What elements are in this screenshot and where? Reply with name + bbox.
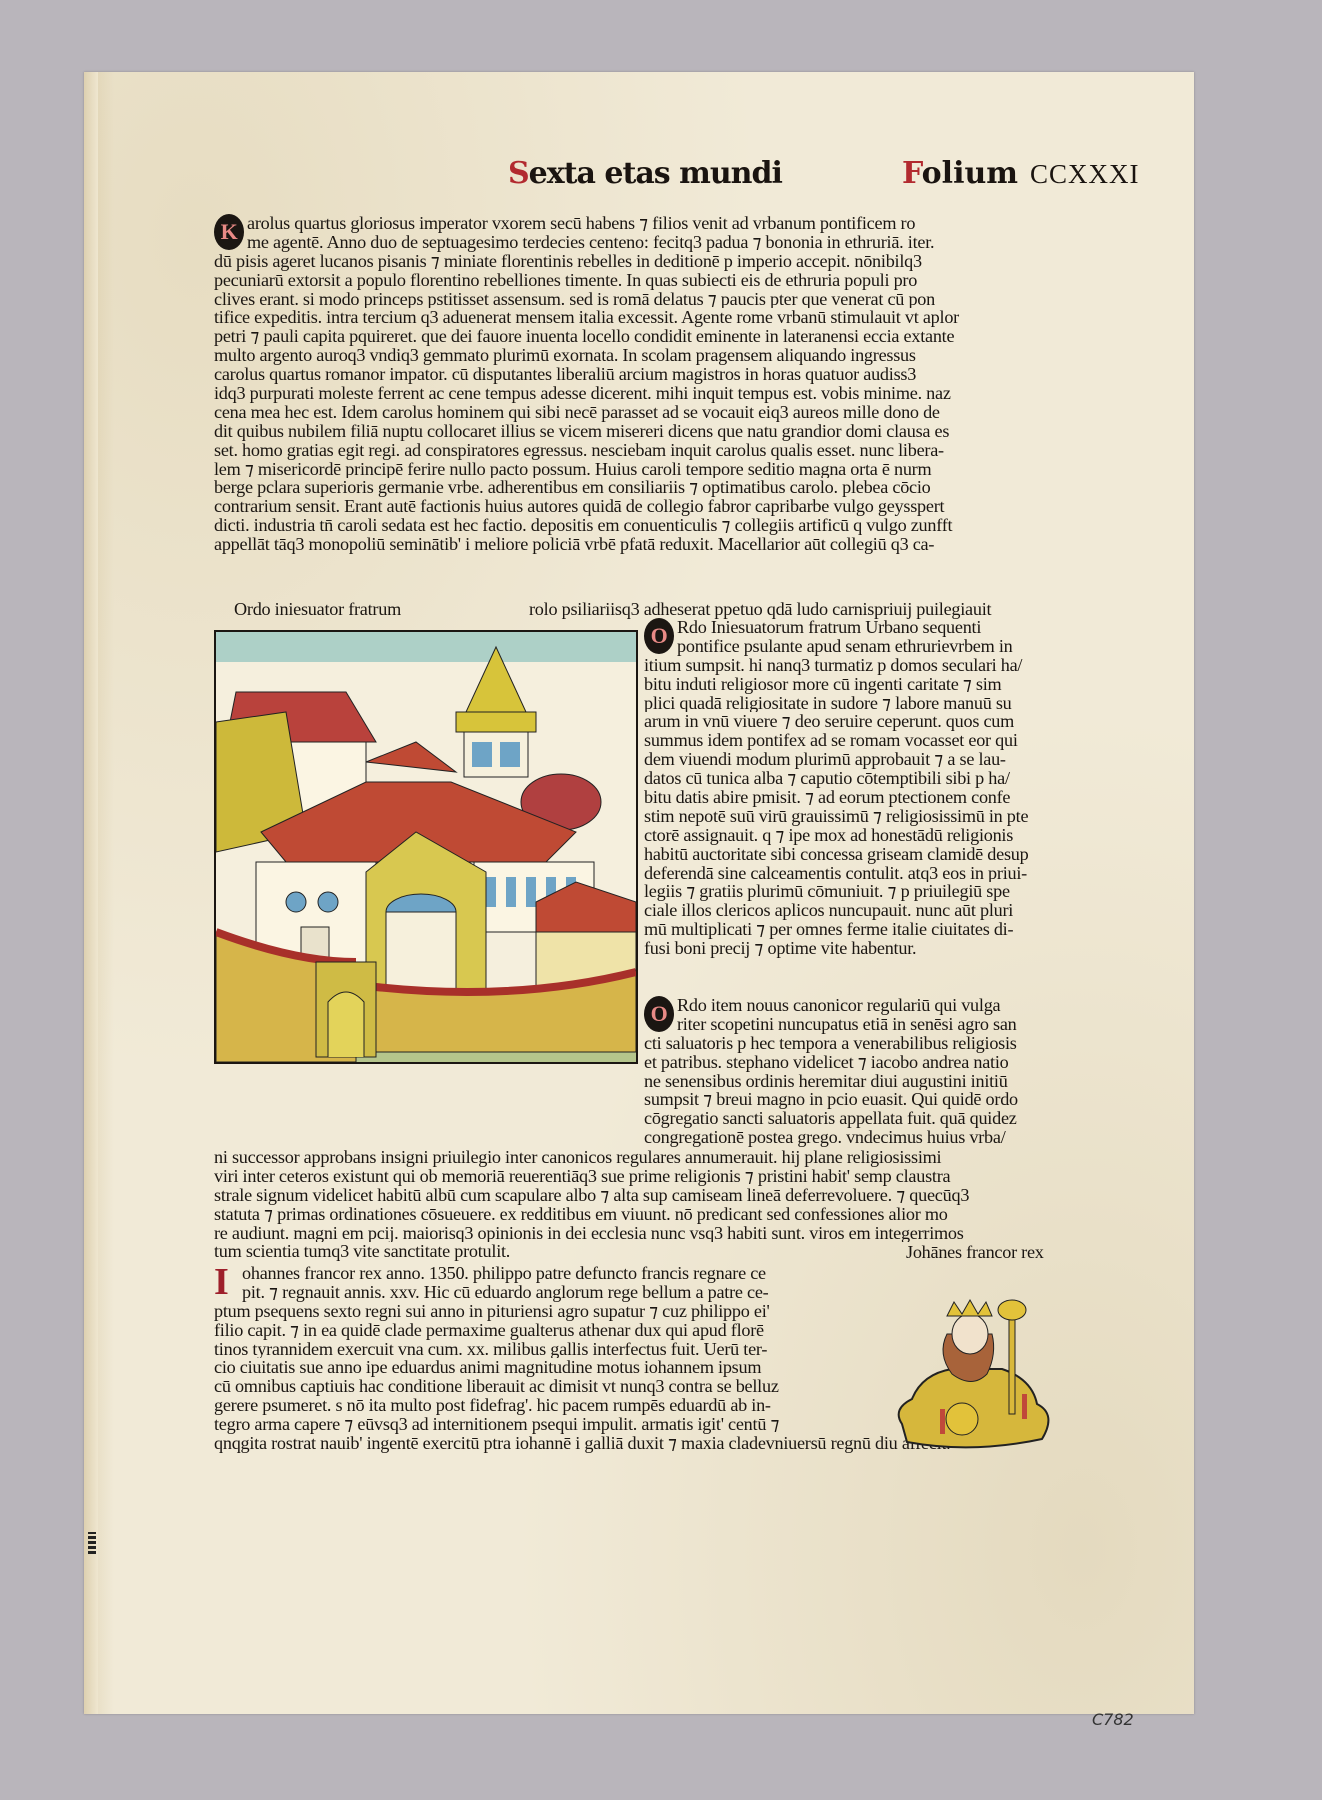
text-line: ni successor approbans insigni priuilegi… xyxy=(214,1148,1164,1167)
text-line: ne senensibus ordinis heremitar diui aug… xyxy=(644,1072,1084,1091)
text-line: viri inter ceteros existunt qui ob memor… xyxy=(214,1167,1164,1186)
text-line: bitu induti religiosor more cū ingenti c… xyxy=(644,675,1084,694)
text-line: dit quibus nubilem filiā nuptu collocare… xyxy=(214,422,1164,441)
text-line: dem viuendi modum plurimū approbauit ⁊ a… xyxy=(644,750,1084,769)
decorated-initial: O xyxy=(644,618,674,654)
text-line: clives erant. si modo princeps pstitisse… xyxy=(214,290,1164,309)
king-portrait-woodcut xyxy=(892,1294,1057,1454)
running-head: Sexta etas mundi FoliumCCXXXI xyxy=(424,154,1174,198)
text-line: datos cū tunica alba ⁊ caputio cōtemptib… xyxy=(644,769,1084,788)
text-line: dicti. industria tn̄ caroli sedata est h… xyxy=(214,516,1164,535)
handwritten-shelfmark: C782 xyxy=(1092,1710,1134,1729)
rubric-initial: F xyxy=(902,156,922,191)
text-line: arolus quartus gloriosus imperator vxore… xyxy=(247,214,1164,233)
text-line: riter scopetini nuncupatus etiā in senēs… xyxy=(677,1015,1084,1034)
text-line: bitu datis abire pmisit. ⁊ ad eorum ptec… xyxy=(644,788,1084,807)
text-line: summus idem pontifex ad se romam vocasse… xyxy=(644,731,1084,750)
text-line: pecuniarū extorsit a populo florentino r… xyxy=(214,271,1164,290)
rubric-initial: I xyxy=(214,1264,238,1300)
text-line: sumpsit ⁊ breui magno in pcio euasit. Qu… xyxy=(644,1090,1084,1109)
paragraph-ordo-canonicorum: O Rdo item nouus canonicor regulariū qui… xyxy=(644,996,1084,1147)
text-line: cena mea hec est. Idem carolus hominem q… xyxy=(214,403,1164,422)
text-line: appellāt tāq3 monopoliū seminātib' i mel… xyxy=(214,535,1164,554)
text-line: contrarium sensit. Erant autē factionis … xyxy=(214,497,1164,516)
text-line: ohannes francor rex anno. 1350. philippo… xyxy=(242,1264,1164,1283)
text-line: legiis ⁊ gratiis plurimū cōmuniuit. ⁊ p … xyxy=(644,882,1084,901)
running-head-section: Sexta etas mundi xyxy=(508,156,782,191)
woodcut-caption: Ordo iniesuator fratrum xyxy=(234,600,401,619)
text-line: itium sumpsit. hi nanq3 turmatiz p domos… xyxy=(644,656,1084,675)
crowned-king-icon xyxy=(892,1294,1057,1454)
text-line: carolus quartus romanor impator. cū disp… xyxy=(214,365,1164,384)
caption-continuation: rolo psiliariisq3 adheserat ppetuo qdā l… xyxy=(529,600,991,619)
text-line: dū pisis ageret lucanos pisanis ⁊ miniat… xyxy=(214,252,1164,271)
text-line: Rdo item nouus canonicor regulariū qui v… xyxy=(677,996,1084,1015)
text-line: habitū auctoritate sibi concessa griseam… xyxy=(644,845,1084,864)
text-line: cōgregatio sancti saluatoris appellata f… xyxy=(644,1109,1084,1128)
running-head-folio: FoliumCCXXXI xyxy=(902,156,1140,191)
monastery-icon xyxy=(216,632,636,1062)
decorated-initial: K xyxy=(214,214,244,250)
text-line: fusi boni precij ⁊ optime vite habentur. xyxy=(644,939,1084,958)
text-line: congregationē postea grego. vndecimus hu… xyxy=(644,1128,1084,1147)
margin-mark xyxy=(88,1532,96,1554)
paragraph-ordo-iniesuatorum: O Rdo Iniesuatorum fratrum Urbano sequen… xyxy=(644,618,1084,958)
text-line: petri ⁊ pauli capita pquireret. que dei … xyxy=(214,327,1164,346)
folio-number: CCXXXI xyxy=(1030,159,1140,189)
text-line: set. homo gratias egit regi. ad conspira… xyxy=(214,441,1164,460)
folio-sheet: Sexta etas mundi FoliumCCXXXI K arolus q… xyxy=(84,72,1194,1714)
text-line: arum in vnū viuere ⁊ deo seruire ceperun… xyxy=(644,712,1084,731)
text-line: mū multiplicati ⁊ per omnes ferme italie… xyxy=(644,920,1084,939)
woodcut-monastery-illustration xyxy=(214,630,638,1064)
text-line: plici quadā religiositate in sudore ⁊ la… xyxy=(644,694,1084,713)
text-line: ciale illos clericos aplicos nuncupauit.… xyxy=(644,901,1084,920)
text-line: deferendā sine calceamentis contulit. at… xyxy=(644,864,1084,883)
text-line: pontifice psulante apud senam ethrurievr… xyxy=(677,637,1084,656)
text-line: statuta ⁊ primas ordinationes cōsueuere.… xyxy=(214,1205,1164,1224)
decorated-initial: O xyxy=(644,996,674,1032)
paragraph-carolus: K arolus quartus gloriosus imperator vxo… xyxy=(214,214,1164,554)
text-line: me agentē. Anno duo de septuagesimo terd… xyxy=(247,233,1164,252)
text-line: berge pclara superioris germanie vrbe. a… xyxy=(214,478,1164,497)
text-line: stim nepotē suū virū grauissimū ⁊ religi… xyxy=(644,807,1084,826)
text-line: strale signum videlicet habitū albū cum … xyxy=(214,1186,1164,1205)
text-line: et patribus. stephano videlicet ⁊ iacobo… xyxy=(644,1053,1084,1072)
text-line: Rdo Iniesuatorum fratrum Urbano sequenti xyxy=(677,618,1084,637)
text-line: multo argento auroq3 vndiq3 gemmato plur… xyxy=(214,346,1164,365)
text-line: cti saluatoris p hec tempora a venerabil… xyxy=(644,1034,1084,1053)
text-line: lem ⁊ misericordē principē ferire nullo … xyxy=(214,460,1164,479)
text-line: tifice expeditis. intra tercium q3 aduen… xyxy=(214,308,1164,327)
portrait-caption: Johānes francor rex xyxy=(906,1243,1044,1262)
text-line: idq3 purpurati moleste ferrent ac cene t… xyxy=(214,384,1164,403)
rubric-initial: S xyxy=(508,156,529,191)
text-line: ctorē assignauit. q ⁊ ipe mox ad honestā… xyxy=(644,826,1084,845)
text-line: re audiunt. magni em pcij. maiorisq3 opi… xyxy=(214,1224,1164,1243)
sheet-left-edge xyxy=(84,72,98,1714)
